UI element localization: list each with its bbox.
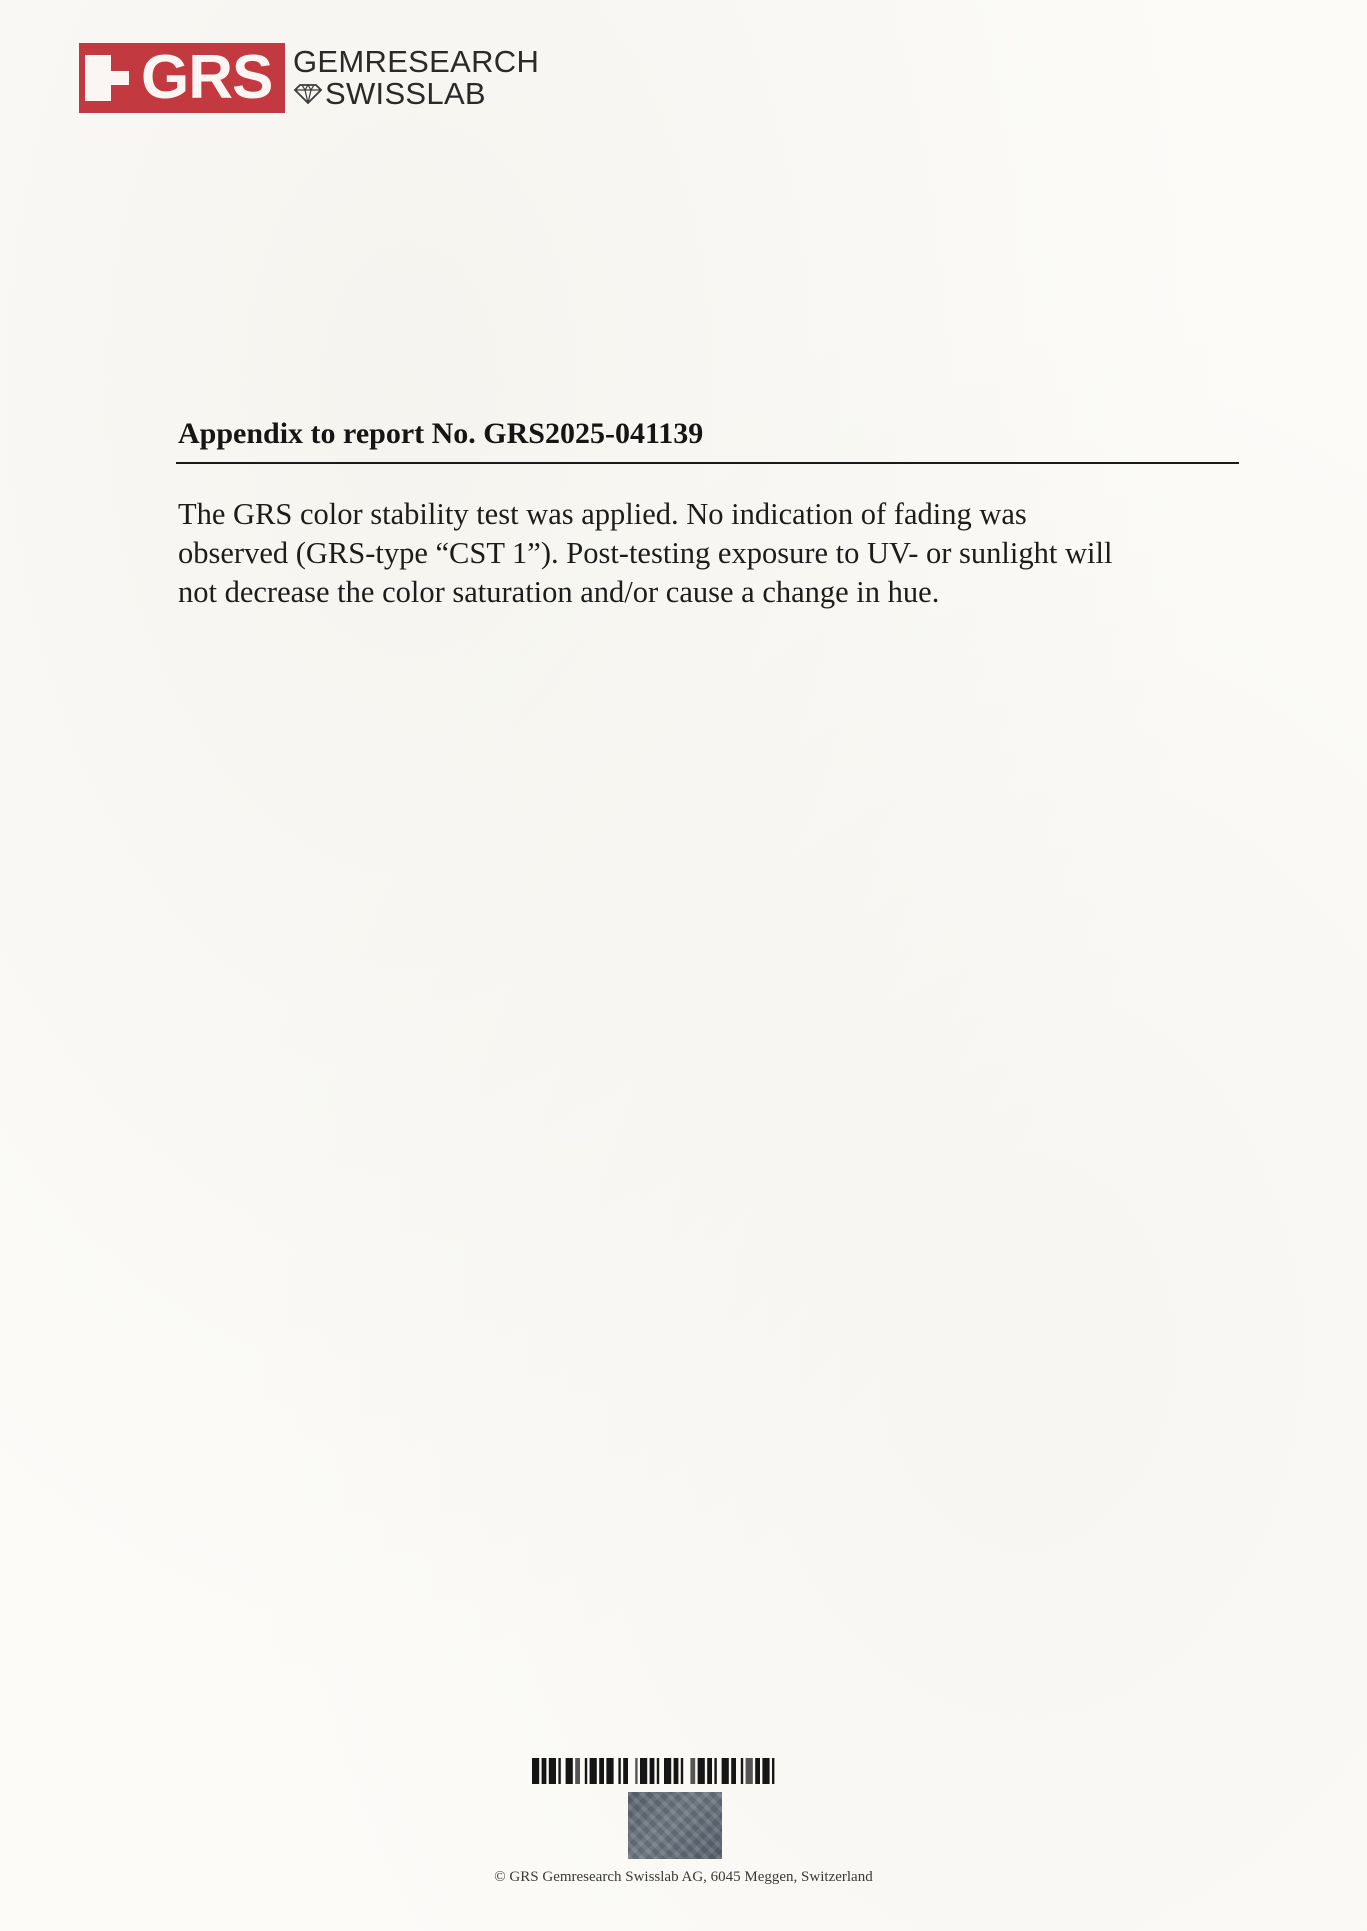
- logo-line-swisslab-row: SWISSLAB: [293, 78, 539, 110]
- body-line: The GRS color stability test was applied…: [178, 495, 1258, 534]
- logo-line-gemresearch: GEMRESEARCH: [293, 46, 539, 78]
- page-background: [0, 0, 1367, 1931]
- appendix-body: The GRS color stability test was applied…: [178, 495, 1258, 612]
- swiss-cross-icon: [85, 55, 133, 101]
- hologram-seal: [628, 1792, 722, 1859]
- appendix-title: Appendix to report No. GRS2025-041139: [178, 416, 703, 452]
- body-line: observed (GRS-type “CST 1”). Post-testin…: [178, 534, 1258, 573]
- logo-line-swisslab: SWISSLAB: [325, 78, 486, 110]
- barcode: [532, 1758, 818, 1784]
- body-line: not decrease the color saturation and/or…: [178, 573, 1258, 612]
- logo-abbreviation: GRS: [141, 46, 272, 110]
- logo-wordmark: GEMRESEARCH SWISSLAB: [293, 43, 539, 113]
- diamond-icon: [293, 83, 323, 105]
- logo-red-box: GRS: [79, 43, 285, 113]
- footer-copyright: © GRS Gemresearch Swisslab AG, 6045 Megg…: [0, 1866, 1367, 1888]
- grs-logo: GRS GEMRESEARCH SWISSLAB: [79, 43, 539, 113]
- title-divider: [176, 462, 1239, 464]
